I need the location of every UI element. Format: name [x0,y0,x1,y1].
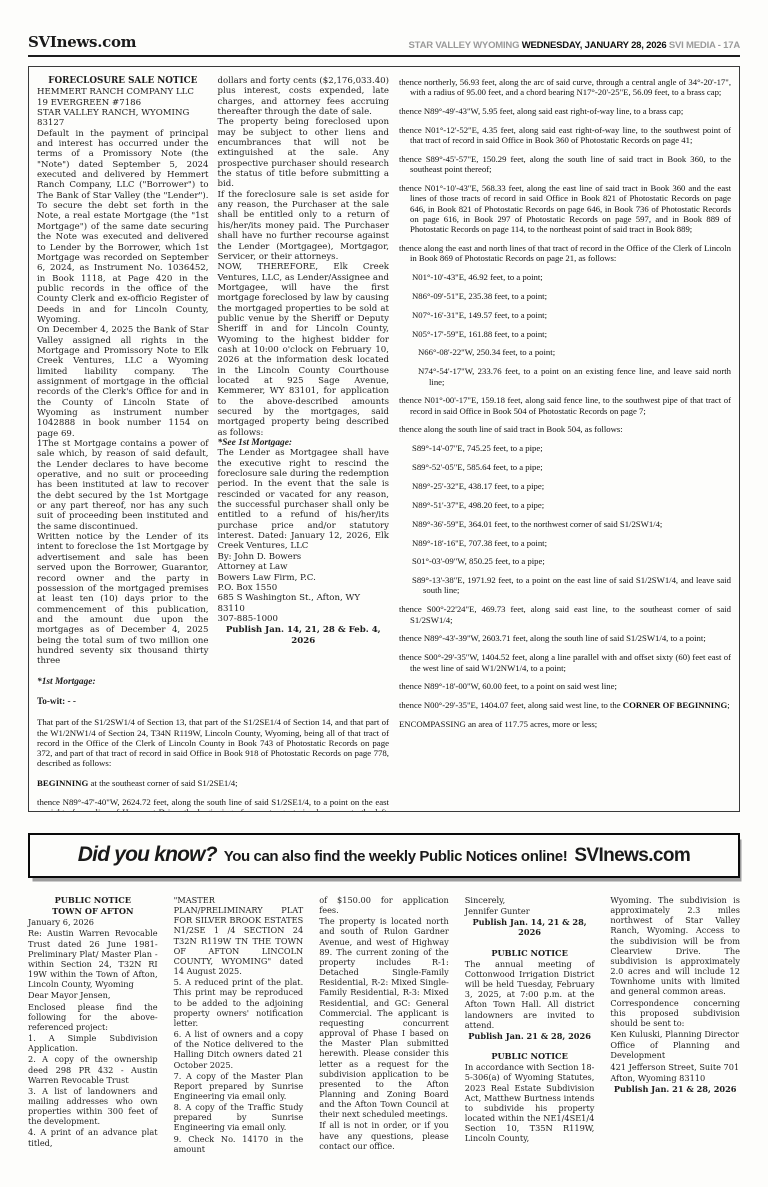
notice-block: of $150.00 for application fees. [319,895,449,915]
legal-call-line: N07°-16'-31"E, 149.57 feet, to a point; [412,310,731,320]
foreclosure-column-1: FORECLOSURE SALE NOTICE HEMMERT RANCH CO… [37,76,209,706]
notice-block: Dear Mayor Jensen, [28,990,158,1000]
newspaper-page: SVInews.com STAR VALLEY WYOMING WEDNESDA… [0,0,768,1187]
notice-block: If all is not in order, or if you have a… [319,1120,449,1150]
first-thence-line: thence N89°-47'-40"W, 2624.72 feet, alon… [37,797,389,812]
masthead-location: STAR VALLEY WYOMING [409,40,520,51]
masthead-edition: SVI MEDIA - 17A [669,40,740,51]
legal-call-text: thence northerly, 56.93 feet, along the … [399,77,731,97]
banner-lead: Did you know? [78,843,217,867]
legal-call-line: thence S89°-45'-57"E, 150.29 feet, along… [399,154,731,175]
legal-call-text: thence N01°-10'-43"E, 568.33 feet, along… [399,183,731,234]
legal-call-line: S89°-14'-07"E, 745.25 feet, to a pipe; [412,443,731,453]
notice-column-3: of $150.00 for application fees.The prop… [319,895,449,1155]
foreclosure-left-area: FORECLOSURE SALE NOTICE HEMMERT RANCH CO… [37,76,389,802]
legal-call-line: thence S00°-22'24"E, 469.73 feet, along … [399,604,731,625]
notice-block: Sincerely, [465,895,595,905]
legal-description-column: thence northerly, 56.93 feet, along the … [399,76,731,802]
notice-block: 8. A copy of the Traffic Study prepared … [174,1102,304,1132]
legal-call-text: S89°-52'-05"E, 585.64 feet, to a pipe; [412,462,543,472]
notice-block: January 6, 2026 [28,917,158,927]
signature-line: 685 S Washington St., Afton, WY 83110 [218,593,390,614]
notice-block: 5. A reduced print of the plat. This pri… [174,977,304,1028]
notice-block: Ken Kuluski, Planning Director [610,1029,740,1039]
legal-call-text: thence N89°-43'-39"W, 2603.71 feet, alon… [399,633,706,643]
legal-call-text: N86°-09'-51"E, 235.38 feet, to a point; [412,291,547,301]
signature-line: Attorney at Law [218,562,390,572]
notice-block: 1. A Simple Subdivision Application. [28,1033,158,1053]
legal-call-text: N01°-10'-43"E, 46.92 feet, to a point; [412,272,543,282]
legal-call-line: ENCOMPASSING an area of 117.75 acres, mo… [399,719,731,729]
legal-call-line: thence N89°-49'-43"W, 5.95 feet, along s… [399,106,731,116]
legal-call-text: S01°-03'-09"W, 850.25 feet, to a pipe; [412,556,545,566]
publish-line: Publish Jan. 14, 21, 28 & Feb. 4, 2026 [218,625,390,646]
notice-block: 6. A list of owners and a copy of the No… [174,1029,304,1070]
beginning-line: BEGINNING at the southeast corner of sai… [37,778,389,788]
legal-call-tail: ; [727,700,729,710]
notice-block: Publish Jan. 14, 21 & 28, 2026 [465,917,595,937]
legal-call-line: thence N00°-29'-35"E, 1404.07 feet, alon… [399,700,731,710]
notice-block: "MASTER PLAN/PRELIMINARY PLAT FOR SILVER… [174,895,304,976]
legal-call-line: thence along the south line of said trac… [399,424,731,434]
legal-call-bold: CORNER OF BEGINNING [623,700,727,710]
legal-call-line: thence N01°-12'-52"E, 4.35 feet, along s… [399,125,731,146]
notice-block: Wyoming. The subdivision is approximatel… [610,895,740,997]
legal-call-line: N66°-08'-22"W, 250.34 feet, to a point; [418,347,731,357]
legal-call-line: thence along the east and north lines of… [399,243,731,264]
notice-paragraph: The property being foreclosed upon may b… [218,117,390,189]
notice-paragraph: 1The st Mortgage contains a power of sal… [37,439,209,532]
notice-paragraph: If the foreclosure sale is set aside for… [218,190,390,262]
legal-call-text: thence S00°-29'-35"W, 1404.52 feet, alon… [399,652,731,672]
legal-call-line: S01°-03'-09"W, 850.25 feet, to a pipe; [412,556,731,566]
foreclosure-columns: FORECLOSURE SALE NOTICE HEMMERT RANCH CO… [37,76,389,706]
legal-call-line: N86°-09'-51"E, 235.38 feet, to a point; [412,291,731,301]
legal-call-line: N89°-18'-16"E, 707.38 feet, to a point; [412,538,731,548]
foreclosure-column-2: dollars and forty cents ($2,176,033.40) … [218,76,390,706]
legal-call-line: thence northerly, 56.93 feet, along the … [399,77,731,98]
notice-paragraph: On December 4, 2025 the Bank of Star Val… [37,325,209,439]
legal-call-text: N89°-51'-37"E, 498.20 feet, to a pipe; [412,500,544,510]
rescind-paragraph: The Lender as Mortgagee shall have the e… [218,448,390,551]
legal-call-text: ENCOMPASSING an area of 117.75 acres, mo… [399,719,597,729]
legal-call-text: thence N00°-29'-35"E, 1404.07 feet, alon… [399,700,623,710]
notice-block: Publish Jan. 21 & 28, 2026 [610,1084,740,1094]
legal-call-text: thence along the east and north lines of… [399,243,731,263]
notice-block: 421 Jefferson Street, Suite 701 [610,1062,740,1072]
notice-block: Publish Jan. 21 & 28, 2026 [465,1031,595,1041]
legal-call-line: N05°-17'-59"E, 161.88 feet, to a point; [412,329,731,339]
did-you-know-banner: Did you know? You can also find the week… [28,833,740,878]
banner-site: SVInews.com [574,845,690,867]
masthead-dateline: STAR VALLEY WYOMING WEDNESDAY, JANUARY 2… [409,40,740,51]
notice-block: 4. A print of an advance plat titled, [28,1127,158,1147]
notice-block: Office of Planning and Development [610,1040,740,1060]
notice-column-4: Sincerely,Jennifer GunterPublish Jan. 14… [465,895,595,1155]
notice-block: Jennifer Gunter [465,906,595,916]
legal-call-text: S89°-14'-07"E, 745.25 feet, to a pipe; [412,443,543,453]
notice-block: Enclosed please find the following for t… [28,1002,158,1032]
tract-description: That part of the S1/2SW1/4 of Section 13… [37,717,389,768]
legal-call-text: N89°-36'-59"E, 364.01 feet, to the north… [412,519,662,529]
notice-block: Afton, Wyoming 83110 [610,1073,740,1083]
notice-block: 7. A copy of the Master Plan Report prep… [174,1071,304,1101]
notice-paragraph: NOW, THEREFORE, Elk Creek Ventures, LLC,… [218,262,390,438]
legal-call-text: S89°-13'-38"E, 1971.92 feet, to a point … [412,575,731,595]
legal-call-line: N89°-51'-37"E, 498.20 feet, to a pipe; [412,500,731,510]
legal-call-line: thence N01°-10'-43"E, 568.33 feet, along… [399,183,731,234]
signature-line: By: John D. Bowers [218,552,390,562]
notice-paragraph: Default in the payment of principal and … [37,129,209,326]
legal-call-line: thence N89°-18'-00"W, 60.00 feet, to a p… [399,681,731,691]
notice-block: PUBLIC NOTICE [465,948,595,958]
legal-call-line: N89°-25'-32"E, 438.17 feet, to a pipe; [412,481,731,491]
legal-call-text: thence N01°-00'-17"E, 159.18 feet, along… [399,395,731,415]
legal-call-text: N07°-16'-31"E, 149.57 feet, to a point; [412,310,547,320]
legal-call-text: N89°-18'-16"E, 707.38 feet, to a point; [412,538,547,548]
legal-call-line: N89°-36'-59"E, 364.01 feet, to the north… [412,519,731,529]
address-line: STAR VALLEY RANCH, WYOMING 83127 [37,108,209,129]
notice-block: PUBLIC NOTICE [465,1051,595,1061]
address-line: 19 EVERGREEN #7186 [37,98,209,108]
see-first-mortgage-label: *See 1st Mortgage: [218,438,390,448]
legal-call-text: thence N89°-18'-00"W, 60.00 feet, to a p… [399,681,617,691]
signature-line: P.O. Box 1550 [218,583,390,593]
legal-call-text: thence S00°-22'24"E, 469.73 feet, along … [399,604,731,624]
legal-call-text: N89°-25'-32"E, 438.17 feet, to a pipe; [412,481,544,491]
notice-block: TOWN OF AFTON [28,906,158,916]
notice-block: In accordance with Section 18-5-306(a) o… [465,1062,595,1143]
legal-call-text: thence N01°-12'-52"E, 4.35 feet, along s… [399,125,731,145]
masthead: SVInews.com STAR VALLEY WYOMING WEDNESDA… [28,0,740,57]
legal-call-line: N01°-10'-43"E, 46.92 feet, to a point; [412,272,731,282]
signature-line: 307-885-1000 [218,614,390,624]
legal-call-text: thence along the south line of said trac… [399,424,623,434]
legal-call-line: thence N89°-43'-39"W, 2603.71 feet, alon… [399,633,731,643]
legal-call-line: thence N01°-00'-17"E, 159.18 feet, along… [399,395,731,416]
banner-text: You can also find the weekly Public Noti… [224,848,568,865]
legal-call-line: N74°-54'-17"W, 233.76 feet, to a point o… [418,366,731,387]
masthead-site: SVInews.com [28,33,136,51]
notice-title: FORECLOSURE SALE NOTICE [37,76,209,86]
first-mortgage-label: *1st Mortgage: [37,677,209,687]
notice-block: The annual meeting of Cottonwood Irrigat… [465,959,595,1030]
foreclosure-notice-box: FORECLOSURE SALE NOTICE HEMMERT RANCH CO… [28,66,740,812]
notice-block: PUBLIC NOTICE [28,895,158,905]
notice-block: The property is located north and south … [319,916,449,1119]
notice-column-5: Wyoming. The subdivision is approximatel… [610,895,740,1155]
legal-description-intro: That part of the S1/2SW1/4 of Section 13… [37,717,389,812]
legal-call-line: thence S00°-29'-35"W, 1404.52 feet, alon… [399,652,731,673]
legal-call-text: thence S89°-45'-57"E, 150.29 feet, along… [399,154,731,174]
legal-call-text: thence N89°-49'-43"W, 5.95 feet, along s… [399,106,683,116]
signature-line: Bowers Law Firm, P.C. [218,573,390,583]
public-notices-section: PUBLIC NOTICETOWN OF AFTONJanuary 6, 202… [28,895,740,1155]
notice-column-1: PUBLIC NOTICETOWN OF AFTONJanuary 6, 202… [28,895,158,1155]
address-block: HEMMERT RANCH COMPANY LLC19 EVERGREEN #7… [37,87,209,128]
legal-call-line: S89°-13'-38"E, 1971.92 feet, to a point … [412,575,731,596]
beginning-word: BEGINNING [37,778,88,788]
legal-call-text: N05°-17'-59"E, 161.88 feet, to a point; [412,329,547,339]
notice-block: 9. Check No. 14170 in the amount [174,1134,304,1154]
notice-column-2: "MASTER PLAN/PRELIMINARY PLAT FOR SILVER… [174,895,304,1155]
address-line: HEMMERT RANCH COMPANY LLC [37,87,209,97]
beginning-rest: at the southeast corner of said S1/2SE1/… [88,778,237,788]
notice-block: 2. A copy of the ownership deed 298 PR 4… [28,1054,158,1084]
column-2-paragraphs: dollars and forty cents ($2,176,033.40) … [218,76,390,438]
legal-call-text: N74°-54'-17"W, 233.76 feet, to a point o… [418,366,731,386]
notice-block: Correspondence concerning this proposed … [610,998,740,1028]
notice-block: 3. A list of landowners and mailing addr… [28,1086,158,1127]
signature-block: By: John D. BowersAttorney at LawBowers … [218,552,390,624]
notice-paragraph: Written notice by the Lender of its inte… [37,532,209,666]
notice-paragraph: dollars and forty cents ($2,176,033.40) … [218,76,390,117]
notice-block: Re: Austin Warren Revocable Trust dated … [28,928,158,989]
to-wit-label: To-wit: - - [37,696,209,706]
column-1-paragraphs: Default in the payment of principal and … [37,129,209,667]
masthead-date: WEDNESDAY, JANUARY 28, 2026 [522,40,667,51]
legal-call-text: N66°-08'-22"W, 250.34 feet, to a point; [418,347,555,357]
legal-call-line: S89°-52'-05"E, 585.64 feet, to a pipe; [412,462,731,472]
